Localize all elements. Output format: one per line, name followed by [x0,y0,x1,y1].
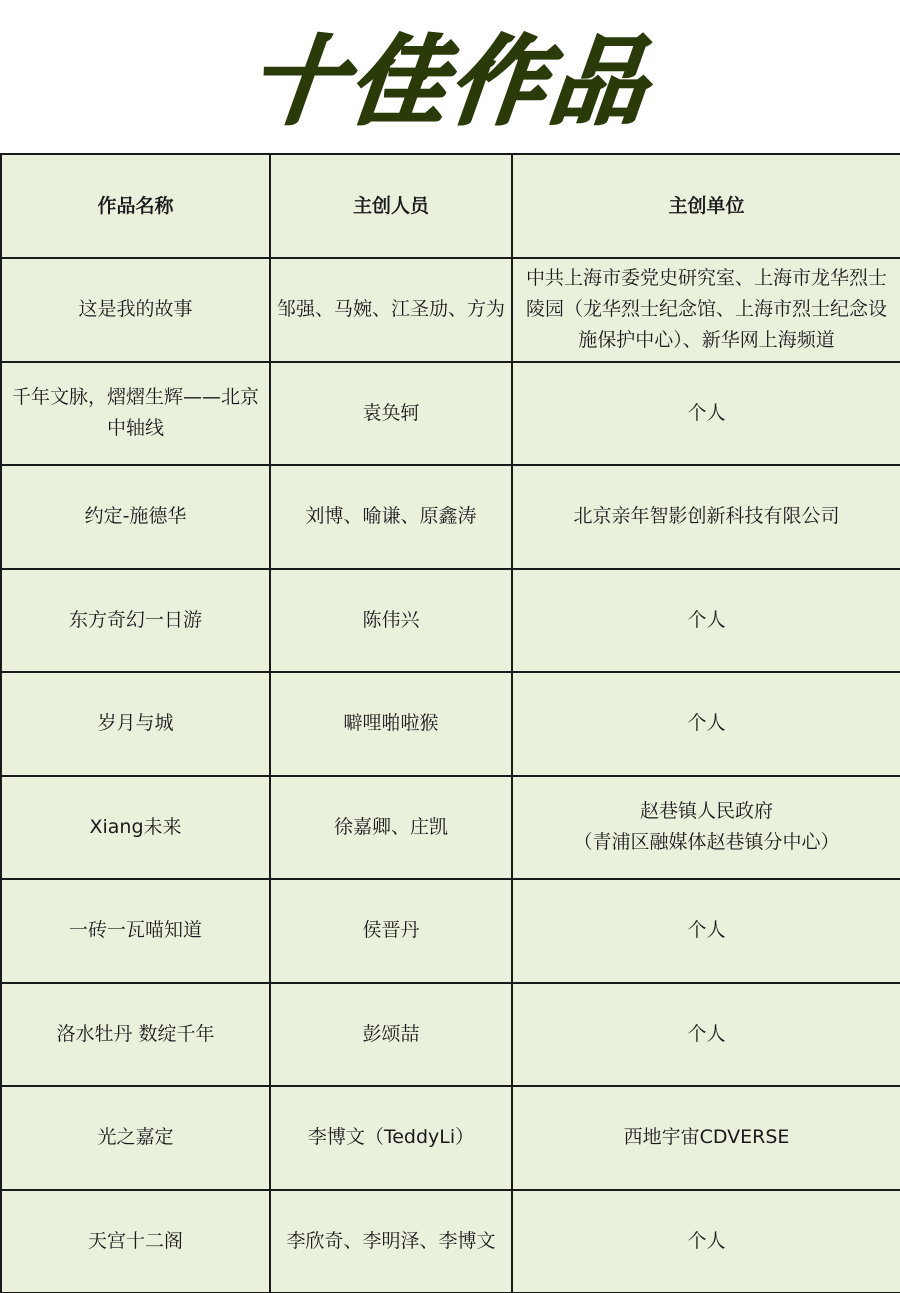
cell-work-name: 天宫十二阁 [1,1190,270,1293]
cell-creators: 袁奂轲 [270,362,512,466]
cell-creators: 李博文（TeddyLi） [270,1086,512,1190]
table-row: 天宫十二阁李欣奇、李明泽、李博文个人 [1,1190,900,1293]
header-work-name: 作品名称 [1,154,270,258]
cell-creators: 侯晋丹 [270,879,512,983]
cell-unit: 北京亲年智影创新科技有限公司 [512,465,900,569]
cell-unit: 个人 [512,672,900,776]
cell-unit: 个人 [512,362,900,466]
table-header-row: 作品名称 主创人员 主创单位 [1,154,900,258]
cell-work-name: 洛水牡丹 数绽千年 [1,983,270,1087]
table-row: 东方奇幻一日游陈伟兴个人 [1,569,900,673]
table-row: 光之嘉定李博文（TeddyLi）西地宇宙CDVERSE [1,1086,900,1190]
cell-creators: 彭颂喆 [270,983,512,1087]
header-creators: 主创人员 [270,154,512,258]
page-title: 十佳作品 [0,22,900,142]
table-row: 千年文脉，熠熠生辉——北京中轴线袁奂轲个人 [1,362,900,466]
header-unit: 主创单位 [512,154,900,258]
cell-work-name: 约定-施德华 [1,465,270,569]
cell-work-name: 这是我的故事 [1,258,270,362]
cell-creators: 噼哩啪啦猴 [270,672,512,776]
cell-creators: 徐嘉卿、庄凯 [270,776,512,880]
cell-unit: 西地宇宙CDVERSE [512,1086,900,1190]
cell-creators: 邹强、马婉、江圣劢、方为 [270,258,512,362]
awards-table: 作品名称 主创人员 主创单位 这是我的故事邹强、马婉、江圣劢、方为中共上海市委党… [0,153,900,1293]
cell-work-name: 岁月与城 [1,672,270,776]
cell-unit: 个人 [512,879,900,983]
cell-unit: 个人 [512,983,900,1087]
cell-work-name: 一砖一瓦喵知道 [1,879,270,983]
table-row: 这是我的故事邹强、马婉、江圣劢、方为中共上海市委党史研究室、上海市龙华烈士陵园（… [1,258,900,362]
cell-creators: 刘博、喻谦、原鑫涛 [270,465,512,569]
table-row: Xiang未来徐嘉卿、庄凯赵巷镇人民政府 （青浦区融媒体赵巷镇分中心） [1,776,900,880]
awards-table-container: 作品名称 主创人员 主创单位 这是我的故事邹强、马婉、江圣劢、方为中共上海市委党… [0,153,900,1293]
cell-work-name: 东方奇幻一日游 [1,569,270,673]
table-row: 岁月与城噼哩啪啦猴个人 [1,672,900,776]
cell-creators: 陈伟兴 [270,569,512,673]
cell-unit: 个人 [512,569,900,673]
cell-work-name: 千年文脉，熠熠生辉——北京中轴线 [1,362,270,466]
cell-work-name: Xiang未来 [1,776,270,880]
cell-creators: 李欣奇、李明泽、李博文 [270,1190,512,1293]
cell-unit: 赵巷镇人民政府 （青浦区融媒体赵巷镇分中心） [512,776,900,880]
cell-work-name: 光之嘉定 [1,1086,270,1190]
cell-unit: 中共上海市委党史研究室、上海市龙华烈士陵园（龙华烈士纪念馆、上海市烈士纪念设施保… [512,258,900,362]
table-row: 约定-施德华刘博、喻谦、原鑫涛北京亲年智影创新科技有限公司 [1,465,900,569]
table-row: 一砖一瓦喵知道侯晋丹个人 [1,879,900,983]
table-row: 洛水牡丹 数绽千年彭颂喆个人 [1,983,900,1087]
cell-unit: 个人 [512,1190,900,1293]
